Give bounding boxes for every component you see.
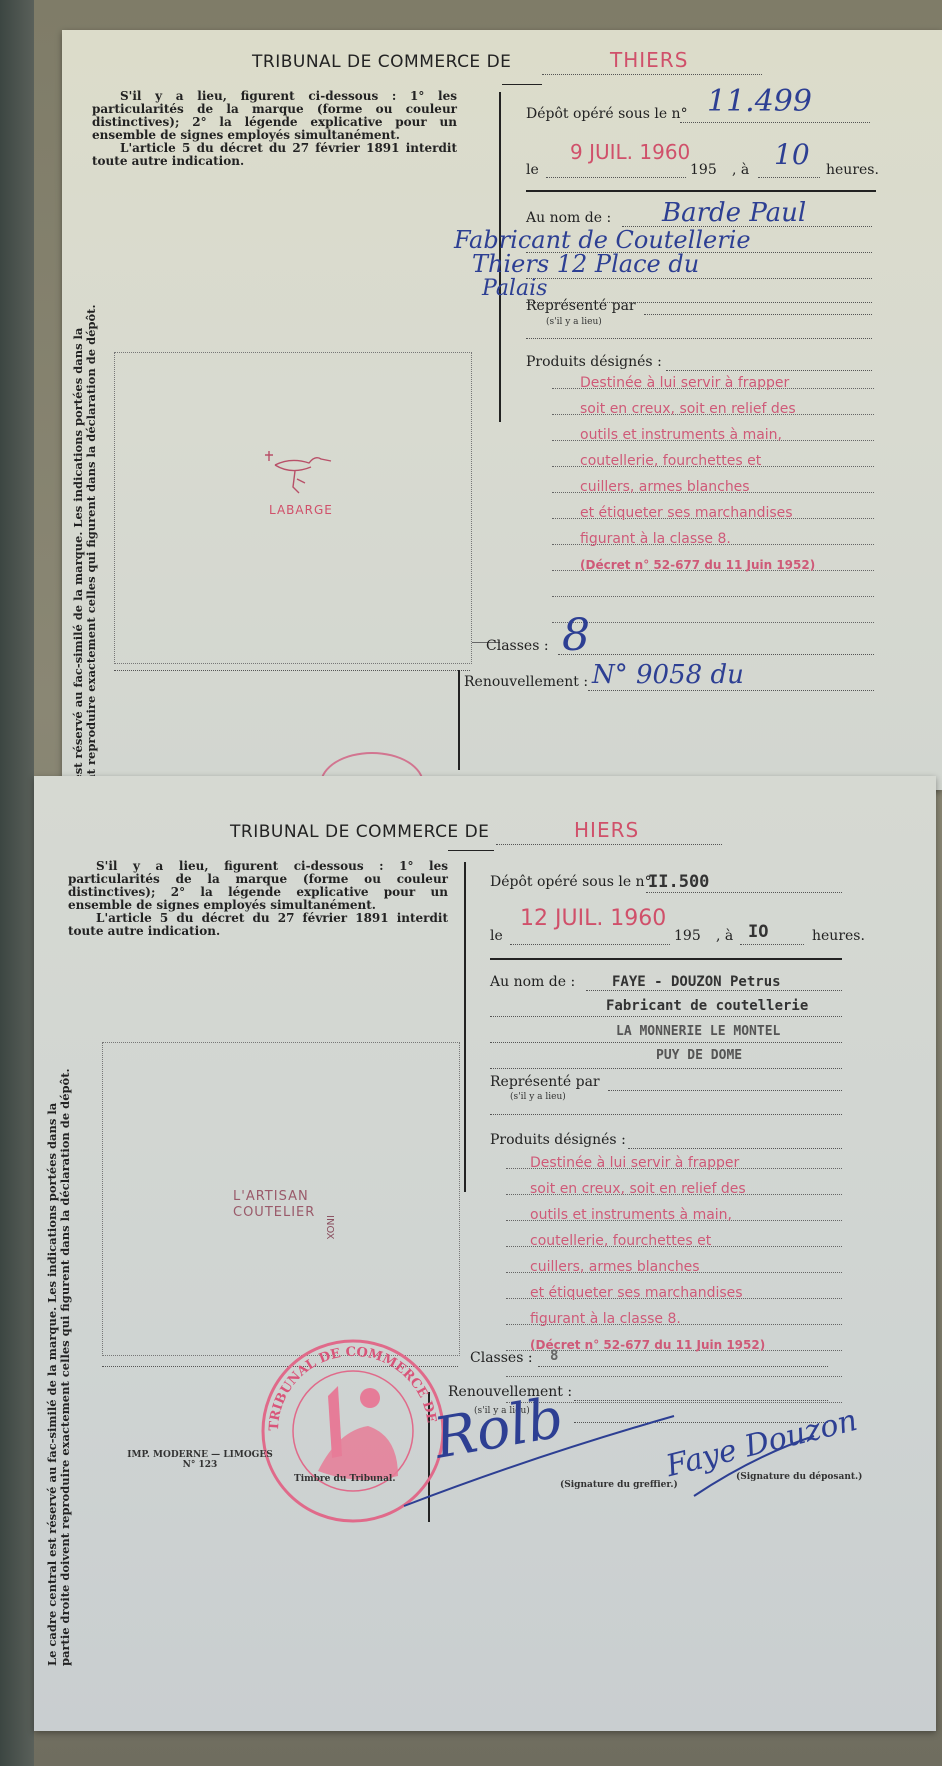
produits-label: Produits désignés :: [526, 354, 662, 370]
renouvellement-value[interactable]: N° 9058 du: [592, 660, 744, 690]
products-stamp: Destinée à lui servir à frapper soit en …: [580, 370, 815, 578]
depot-label: Dépôt opéré sous le n°: [526, 106, 688, 122]
inox-mark: INOX: [324, 1215, 335, 1240]
hour-value[interactable]: IO: [748, 922, 768, 942]
produits-label: Produits désignés :: [490, 1132, 626, 1148]
mark-name: LABARGE: [269, 503, 333, 517]
facsimile-frame: L'ARTISAN COUTELIER INOX: [102, 1042, 460, 1356]
instructions: S'il y a lieu, figurent ci-dessous : 1° …: [68, 860, 448, 938]
trademark-form-11500: TRIBUNAL DE COMMERCE DE HIERS S'il y a l…: [34, 776, 936, 1731]
owner-name[interactable]: Barde Paul: [662, 198, 806, 228]
greffier-caption: (Signature du greffier.): [560, 1480, 678, 1490]
instructions: S'il y a lieu, figurent ci-dessous : 1° …: [92, 90, 457, 168]
classes-label: Classes :: [486, 638, 549, 654]
owner-name[interactable]: FAYE - DOUZON Petrus: [612, 974, 781, 990]
date-stamp: 12 JUIL. 1960: [520, 906, 666, 931]
owner-line-3[interactable]: Thiers 12 Place du: [472, 250, 699, 278]
scan-edge: [0, 0, 34, 1766]
trademark-form-11499: TRIBUNAL DE COMMERCE DE THIERS S'il y a …: [62, 30, 942, 790]
classes-value[interactable]: 8: [550, 1348, 558, 1364]
bird-icon: [261, 441, 333, 501]
owner-line-4[interactable]: PUY DE DOME: [656, 1048, 742, 1063]
city-stamp: THIERS: [610, 48, 688, 72]
classes-value[interactable]: 8: [562, 610, 590, 661]
side-note: Le cadre central est réservé au fac-simi…: [46, 1068, 72, 1666]
represente-label: Représenté par: [526, 298, 636, 314]
city-stamp: HIERS: [574, 818, 639, 842]
deposant-caption: (Signature du déposant.): [736, 1472, 862, 1482]
depot-number[interactable]: II.500: [648, 872, 709, 892]
side-note: l est réservé au fac-similé de la marque…: [72, 305, 98, 790]
depot-label: Dépôt opéré sous le n°: [490, 874, 652, 890]
printer-imprint: IMP. MODERNE — LIMOGES N° 123: [120, 1450, 280, 1470]
products-stamp: Destinée à lui servir à frapper soit en …: [530, 1150, 765, 1358]
facsimile-frame: LABARGE: [114, 352, 472, 664]
owner-line-3[interactable]: LA MONNERIE LE MONTEL: [616, 1024, 780, 1039]
hour-value[interactable]: 10: [774, 138, 810, 171]
owner-line-2[interactable]: Fabricant de coutellerie: [606, 998, 808, 1014]
classes-label: Classes :: [470, 1350, 533, 1366]
mark-text: L'ARTISAN COUTELIER: [233, 1189, 315, 1221]
date-stamp: 9 JUIL. 1960: [570, 140, 690, 164]
depot-number[interactable]: 11.499: [707, 84, 812, 119]
seal-caption: Timbre du Tribunal.: [294, 1474, 395, 1484]
au-nom-label: Au nom de :: [526, 210, 611, 226]
au-nom-label: Au nom de :: [490, 974, 575, 990]
form-title: TRIBUNAL DE COMMERCE DE: [252, 52, 511, 72]
form-title: TRIBUNAL DE COMMERCE DE: [230, 822, 489, 842]
column-divider: [464, 862, 466, 1192]
represente-label: Représenté par: [490, 1074, 600, 1090]
renouvellement-label: Renouvellement :: [464, 674, 588, 690]
